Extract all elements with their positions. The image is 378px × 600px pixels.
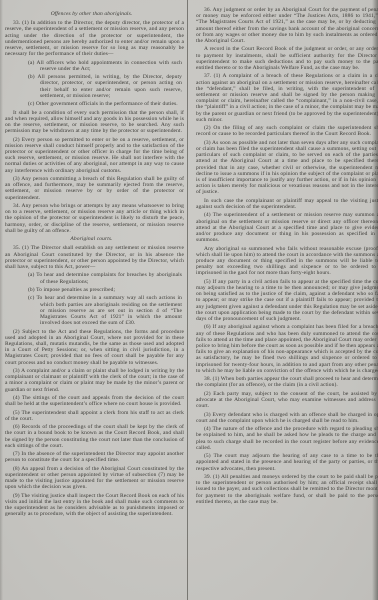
offences-heading: Offences by other than aboriginals. bbox=[5, 11, 178, 17]
left-col-para-15: (3) A complaint and/or a claim or plaint… bbox=[5, 368, 184, 393]
right-col-para-13: (4) The nature of the offence and the pr… bbox=[196, 426, 378, 451]
left-col-para-20: (8) An appeal from a decision of the Abo… bbox=[5, 466, 184, 491]
left-col-para-7: (3) Any person committing a breach of th… bbox=[5, 176, 184, 201]
left-col-para-14: (2) Subject to the Act and these Regulat… bbox=[5, 329, 184, 366]
column-gutter-rule bbox=[187, 0, 188, 600]
right-col-para-15: 39. (1) All penalties and moneys ordered… bbox=[196, 474, 378, 505]
left-col-item-4: (c) Other government officials in the pe… bbox=[28, 101, 182, 107]
right-col-para-8: (5) If any party in a civil action fails… bbox=[196, 279, 378, 322]
right-col-para-14: (5) The court may adjourn the hearing of… bbox=[196, 453, 378, 472]
left-col-para-6: (2) Every person so permitted to enter o… bbox=[5, 137, 184, 174]
aboriginal-courts-heading: Aboriginal courts. bbox=[5, 236, 178, 242]
right-col-para-11: (2) Each party may, subject to the conse… bbox=[196, 391, 378, 410]
left-col-para-10: 35. (1) The Director shall establish on … bbox=[5, 245, 184, 270]
right-col-para-1: A record in the Court Record Book of the… bbox=[196, 46, 378, 71]
left-col-para-5: It shall be a condition of every such pe… bbox=[5, 110, 184, 135]
left-col-item-12: (b) To impose penalties as prescribed; bbox=[28, 287, 182, 293]
scan-layer: Offences by other than aboriginals.33. (… bbox=[0, 0, 378, 600]
right-col-para-0: 36. Any judgment or order by an Aborigin… bbox=[196, 7, 378, 44]
right-text-column: 36. Any judgment or order by an Aborigin… bbox=[191, 0, 378, 600]
left-col-para-8: 34. Any person who brings or attempts by… bbox=[5, 203, 184, 234]
left-col-para-17: (5) The superintendent shall appoint a c… bbox=[5, 410, 184, 422]
left-col-para-21: (9) The visiting justice shall inspect t… bbox=[5, 493, 184, 518]
right-col-para-4: (3) As soon as possible and not later th… bbox=[196, 140, 378, 196]
right-col-para-3: (2) On the filing of any such complaint … bbox=[196, 125, 378, 137]
left-col-para-1: 33. (1) In addition to the Director, the… bbox=[5, 20, 184, 57]
left-col-item-11: (a) To hear and determine complaints for… bbox=[28, 272, 182, 284]
right-col-para-2: 37. (1) A complaint of a breach of these… bbox=[196, 73, 378, 123]
left-col-item-2: (a) All officers who hold appointments i… bbox=[28, 60, 182, 72]
right-col-para-9: (6) If any aboriginal against whom a com… bbox=[196, 324, 378, 374]
left-col-para-18: (6) Records of the proceedings of the co… bbox=[5, 424, 184, 449]
right-col-para-7: Any aboriginal so summoned who fails wit… bbox=[196, 246, 378, 277]
left-col-para-19: (7) In the absence of the superintendent… bbox=[5, 451, 184, 463]
right-col-para-10: 38. (1) When both parties appear the cou… bbox=[196, 376, 378, 388]
left-col-para-16: (4) The sittings of the court and appeal… bbox=[5, 395, 184, 407]
left-col-item-3: (b) All persons permitted, in writing, b… bbox=[28, 74, 182, 99]
right-col-para-5: In such case the complainant or plaintif… bbox=[196, 198, 378, 210]
left-col-item-13: (c) To hear and determine in a summary w… bbox=[28, 295, 182, 326]
scanned-document-page: Offences by other than aboriginals.33. (… bbox=[0, 0, 378, 600]
right-col-para-6: (4) The superintendent of a settlement o… bbox=[196, 212, 378, 243]
right-col-para-12: (3) Every defendant who is charged with … bbox=[196, 412, 378, 424]
left-text-column: Offences by other than aboriginals.33. (… bbox=[0, 0, 187, 600]
